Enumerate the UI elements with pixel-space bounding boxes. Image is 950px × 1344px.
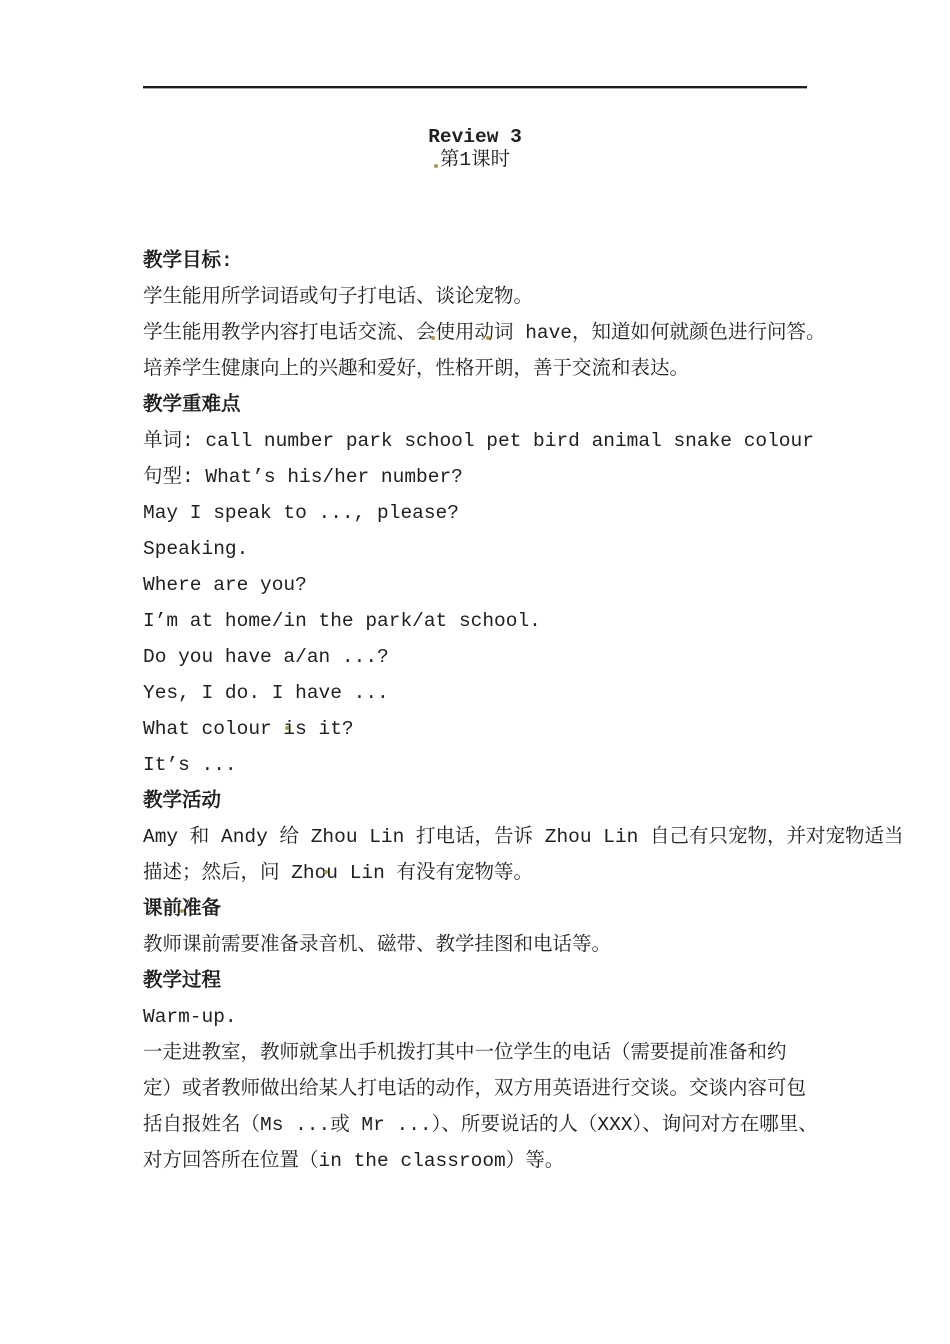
words-line: 单词: call number park school pet bird ani… (143, 423, 903, 459)
heading-class-preparation: 课前准备 (143, 891, 903, 927)
document-title: Review 3 (0, 126, 950, 149)
sentence-pattern-line: Speaking. (143, 531, 903, 567)
proofing-dot (324, 870, 328, 874)
document-subtitle: 第1课时 (0, 149, 950, 172)
heading-teaching-activities: 教学活动 (143, 783, 903, 819)
objective-line: 培养学生健康向上的兴趣和爱好，性格开朗，善于交流和表达。 (143, 351, 903, 387)
process-line: 对方回答所在位置（in the classroom）等。 (143, 1143, 903, 1179)
sentence-pattern-line: May I speak to ..., please? (143, 495, 903, 531)
proofing-dot (486, 336, 490, 340)
document-page: Review 3 第1课时 教学目标: 学生能用所学词语或句子打电话、谈论宠物。… (0, 0, 950, 1344)
warmup-line: Warm-up. (143, 999, 903, 1035)
proofing-dot (285, 726, 289, 730)
proofing-dot (180, 909, 184, 913)
header-horizontal-rule (143, 86, 807, 88)
preparation-line: 教师课前需要准备录音机、磁带、教学挂图和电话等。 (143, 927, 903, 963)
activity-line: 描述；然后，问 Zhou Lin 有没有宠物等。 (143, 855, 903, 891)
sentence-pattern-line: Do you have a/an ...? (143, 639, 903, 675)
proofing-dot (431, 336, 435, 340)
process-line: 括自报姓名（Ms ...或 Mr ...）、所要说话的人（XXX）、询问对方在哪… (143, 1107, 903, 1143)
sentence-pattern-line: 句型: What’s his/her number? (143, 459, 903, 495)
proofing-dot (434, 164, 438, 168)
heading-teaching-process: 教学过程 (143, 963, 903, 999)
activity-line: Amy 和 Andy 给 Zhou Lin 打电话，告诉 Zhou Lin 自己… (143, 819, 903, 855)
heading-key-difficult-points: 教学重难点 (143, 387, 903, 423)
heading-teaching-objectives: 教学目标: (143, 243, 903, 279)
sentence-pattern-line: Where are you? (143, 567, 903, 603)
sentence-pattern-line: I’m at home/in the park/at school. (143, 603, 903, 639)
objective-line: 学生能用所学词语或句子打电话、谈论宠物。 (143, 279, 903, 315)
objective-line: 学生能用教学内容打电话交流、会使用动词 have，知道如何就颜色进行问答。 (143, 315, 903, 351)
process-line: 一走进教室，教师就拿出手机拨打其中一位学生的电话（需要提前准备和约 (143, 1035, 903, 1071)
sentence-pattern-line: What colour is it? (143, 711, 903, 747)
document-body: 教学目标: 学生能用所学词语或句子打电话、谈论宠物。 学生能用教学内容打电话交流… (143, 243, 903, 1179)
sentence-pattern-line: Yes, I do. I have ... (143, 675, 903, 711)
process-line: 定）或者教师做出给某人打电话的动作，双方用英语进行交谈。交谈内容可包 (143, 1071, 903, 1107)
sentence-pattern-line: It’s ... (143, 747, 903, 783)
